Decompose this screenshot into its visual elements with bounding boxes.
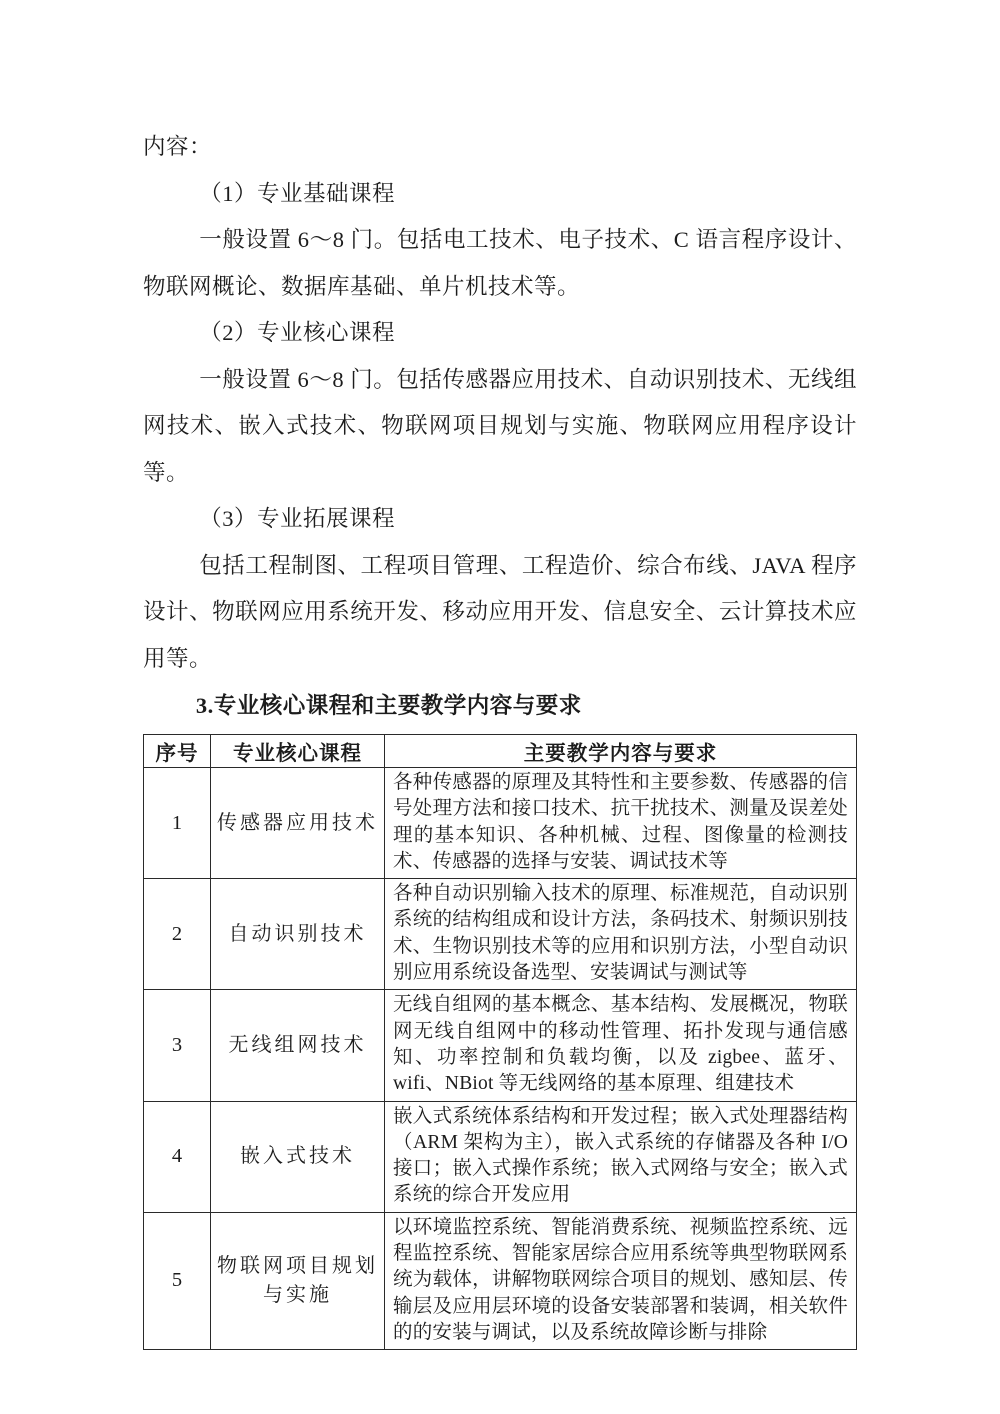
row-course-name: 嵌入式技术 [211,1101,385,1212]
table-header-row: 序号 专业核心课程 主要教学内容与要求 [144,735,857,768]
paragraph-item2-heading: （2）专业核心课程 [143,310,857,357]
section-heading: 3.专业核心课程和主要教学内容与要求 [143,684,857,728]
paragraph-item1-body: 一般设置 6～8 门。包括电工技术、电子技术、C 语言程序设计、物联网概论、数据… [143,217,857,310]
paragraph-item3-body: 包括工程制图、工程项目管理、工程造价、综合布线、JAVA 程序设计、物联网应用系… [143,543,857,683]
row-number: 4 [144,1101,211,1212]
row-number: 3 [144,990,211,1101]
row-teaching-content: 以环境监控系统、智能消费系统、视频监控系统、远程监控系统、智能家居综合应用系统等… [385,1212,857,1349]
row-teaching-content: 各种自动识别输入技术的原理、标准规范，自动识别系统的结构组成和设计方法，条码技术… [385,879,857,990]
paragraph-item2-body: 一般设置 6～8 门。包括传感器应用技术、自动识别技术、无线组网技术、嵌入式技术… [143,357,857,497]
table-row: 3 无线组网技术 无线自组网的基本概念、基本结构、发展概况，物联网无线自组网中的… [144,990,857,1101]
table-row: 5 物联网项目规划与实施 以环境监控系统、智能消费系统、视频监控系统、远程监控系… [144,1212,857,1349]
paragraph-item1-heading: （1）专业基础课程 [143,171,857,218]
row-course-name: 传感器应用技术 [211,768,385,879]
row-course-name: 自动识别技术 [211,879,385,990]
row-teaching-content: 无线自组网的基本概念、基本结构、发展概况，物联网无线自组网中的移动性管理、拓扑发… [385,990,857,1101]
header-cell-no: 序号 [144,735,211,768]
table-row: 1 传感器应用技术 各种传感器的原理及其特性和主要参数、传感器的信号处理方法和接… [144,768,857,879]
header-cell-course: 专业核心课程 [211,735,385,768]
page-content: 内容： （1）专业基础课程 一般设置 6～8 门。包括电工技术、电子技术、C 语… [143,124,857,1350]
table-row: 4 嵌入式技术 嵌入式系统体系结构和开发过程；嵌入式处理器结构（ARM 架构为主… [144,1101,857,1212]
row-teaching-content: 嵌入式系统体系结构和开发过程；嵌入式处理器结构（ARM 架构为主），嵌入式系统的… [385,1101,857,1212]
row-teaching-content: 各种传感器的原理及其特性和主要参数、传感器的信号处理方法和接口技术、抗干扰技术、… [385,768,857,879]
paragraph-item3-heading: （3）专业拓展课程 [143,496,857,543]
document-page: 内容： （1）专业基础课程 一般设置 6～8 门。包括电工技术、电子技术、C 语… [0,0,1000,1414]
paragraph-intro-label: 内容： [143,124,857,171]
row-number: 1 [144,768,211,879]
row-course-name: 物联网项目规划与实施 [211,1212,385,1349]
row-course-name: 无线组网技术 [211,990,385,1101]
core-courses-table: 序号 专业核心课程 主要教学内容与要求 1 传感器应用技术 各种传感器的原理及其… [143,734,857,1350]
header-cell-content: 主要教学内容与要求 [385,735,857,768]
row-number: 2 [144,879,211,990]
table-row: 2 自动识别技术 各种自动识别输入技术的原理、标准规范，自动识别系统的结构组成和… [144,879,857,990]
row-number: 5 [144,1212,211,1349]
